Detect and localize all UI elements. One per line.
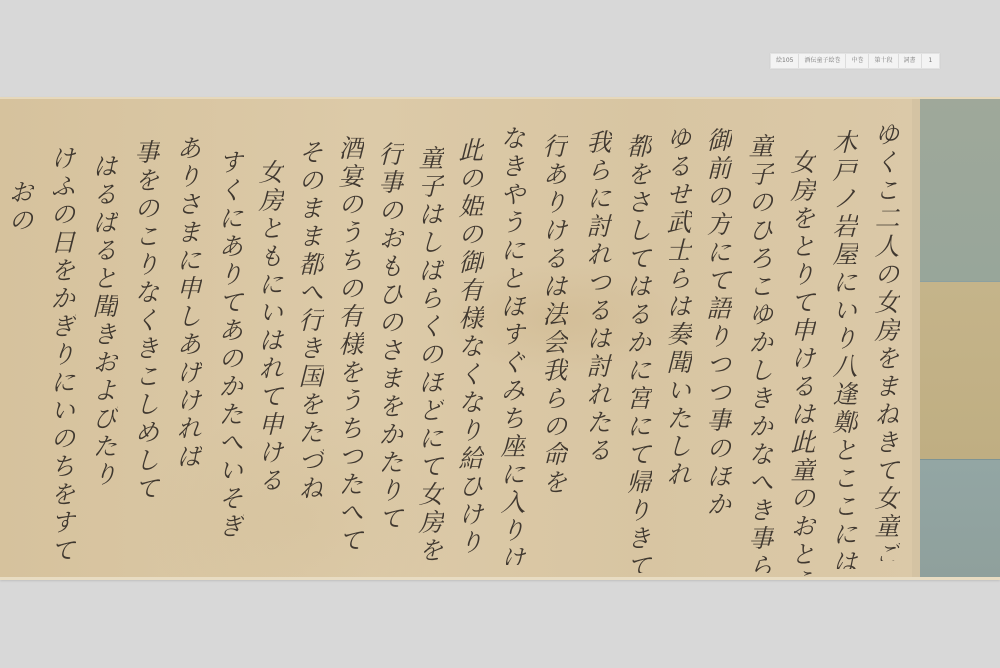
text-column: 女房をとりて申けるは此童のおとうと <box>784 149 818 580</box>
text-column: 都をさしてはるかに宮にて帰りきて <box>620 133 654 573</box>
text-column: なきやうにとほすぐみち座に入りけ <box>494 125 528 565</box>
text-column: 行ありけるは法会我らの命を <box>536 133 570 573</box>
text-column: ありさまに申しあげければ <box>170 135 204 575</box>
label-page-number: 1 <box>922 54 940 68</box>
text-column: すくにありてあのかたへいそぎ <box>212 149 246 580</box>
text-column: おの <box>2 179 36 580</box>
label-work-title: 酒伝童子絵巻 <box>799 54 846 68</box>
text-column: 木戸ノ岩屋にいり八逢鄭とここにはれけ <box>826 129 860 569</box>
mount-band-blue-top <box>920 99 1000 281</box>
text-column: 行事のおもひのさまをかたりて <box>372 141 406 580</box>
label-catalog-number: 絵105 <box>771 54 799 68</box>
text-column: 事をのこりなくきこしめして <box>128 139 162 579</box>
text-column: ゆるせ武士らは奏聞いたしれ <box>660 125 694 565</box>
text-column: 此の姫の御有様なくなり給ひけり <box>452 137 486 577</box>
mount-band-gold <box>920 281 1000 460</box>
label-volume: 中巻 <box>846 54 869 68</box>
handscroll: ゆくこ二人の女房をまねきて女童ごろ 木戸ノ岩屋にいり八逢鄭とここにはれけ 女房を… <box>0 97 1000 580</box>
text-column: 我らに討れつるは討れたる <box>580 129 614 569</box>
text-column: けふの日をかぎりにいのちをすて <box>44 145 78 580</box>
text-column: ゆくこ二人の女房をまねきて女童ごろ <box>868 121 902 561</box>
text-column: 御前の方にて語りつつ事のほか <box>700 127 734 567</box>
catalog-label: 絵105 酒伝童子絵巻 中巻 第十段 詞書 1 <box>770 53 940 69</box>
text-column: 童子のひろこゆかしきかなへき事らうの <box>742 133 776 573</box>
calligraphy-text: ゆくこ二人の女房をまねきて女童ごろ 木戸ノ岩屋にいり八逢鄭とここにはれけ 女房を… <box>0 99 912 577</box>
text-column: そのまま都へ行き国をたづね <box>292 139 326 579</box>
text-column: 酒宴のうちの有様をうちつたへて <box>332 135 366 575</box>
text-column: はるばると聞きおよびたり <box>86 153 120 580</box>
text-column: 女房ともにいはれて申ける <box>252 159 286 580</box>
label-section: 第十段 <box>869 54 898 68</box>
mount-edge <box>912 99 920 577</box>
text-column: 童子はしばらくのほどにて女房を <box>412 145 446 580</box>
scroll-mount <box>920 99 1000 577</box>
mount-band-blue-bottom <box>920 459 1000 578</box>
label-part-type: 詞書 <box>899 54 922 68</box>
